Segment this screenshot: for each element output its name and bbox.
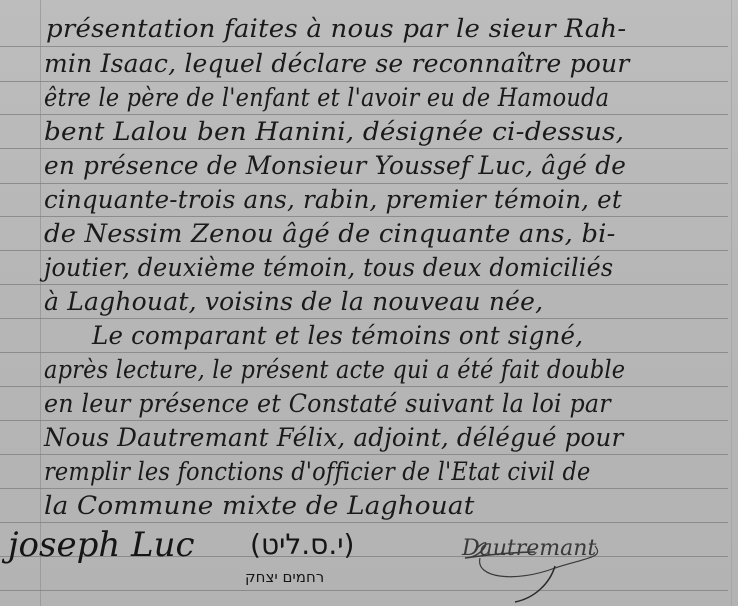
- signature-hebrew-2: רחמים יצחק: [245, 568, 324, 586]
- text-line: Nous Dautremant Félix, adjoint, délégué …: [44, 423, 623, 452]
- ruled-line: [0, 183, 728, 184]
- text-line: après lecture, le présent acte qui a été…: [44, 355, 625, 384]
- ruled-line: [0, 318, 728, 319]
- text-line: Le comparant et les témoins ont signé,: [92, 321, 583, 350]
- ruled-line: [0, 216, 728, 217]
- ruled-line: [0, 250, 728, 251]
- text-line: joutier, deuxième témoin, tous deux domi…: [44, 253, 613, 282]
- margin-line: [40, 0, 41, 606]
- ruled-line: [0, 81, 728, 82]
- ruled-line: [0, 352, 728, 353]
- text-line: bent Lalou ben Hanini, désignée ci-dessu…: [44, 117, 624, 146]
- text-line: à Laghouat, voisins de la nouveau née,: [44, 287, 543, 316]
- signature-officer: Dautremant: [462, 536, 596, 561]
- ruled-line: [0, 420, 728, 421]
- ruled-line: [0, 386, 728, 387]
- text-line: en présence de Monsieur Youssef Luc, âgé…: [44, 151, 626, 180]
- text-line: min Isaac, lequel déclare se reconnaître…: [44, 49, 630, 78]
- document-page: présentation faites à nous par le sieur …: [0, 0, 738, 606]
- ruled-line: [0, 148, 728, 149]
- right-margin-line: [731, 0, 732, 606]
- text-line: de Nessim Zenou âgé de cinquante ans, bi…: [44, 219, 616, 248]
- text-line: cinquante-trois ans, rabin, premier témo…: [44, 185, 622, 214]
- ruled-line: [0, 114, 728, 115]
- signature-hebrew-1: (י.ס.ליט): [250, 528, 354, 561]
- text-line: remplir les fonctions d'officier de l'Et…: [44, 457, 591, 486]
- ruled-line: [0, 454, 728, 455]
- ruled-line: [0, 522, 728, 523]
- text-line: présentation faites à nous par le sieur …: [46, 14, 626, 43]
- ruled-line: [0, 46, 728, 47]
- ruled-line: [0, 284, 728, 285]
- text-line: la Commune mixte de Laghouat: [44, 491, 475, 520]
- text-line: en leur présence et Constaté suivant la …: [44, 389, 611, 418]
- text-line: être le père de l'enfant et l'avoir eu d…: [44, 83, 609, 112]
- signature-joseph-luc: joseph Luc: [8, 525, 195, 565]
- ruled-line: [0, 488, 728, 489]
